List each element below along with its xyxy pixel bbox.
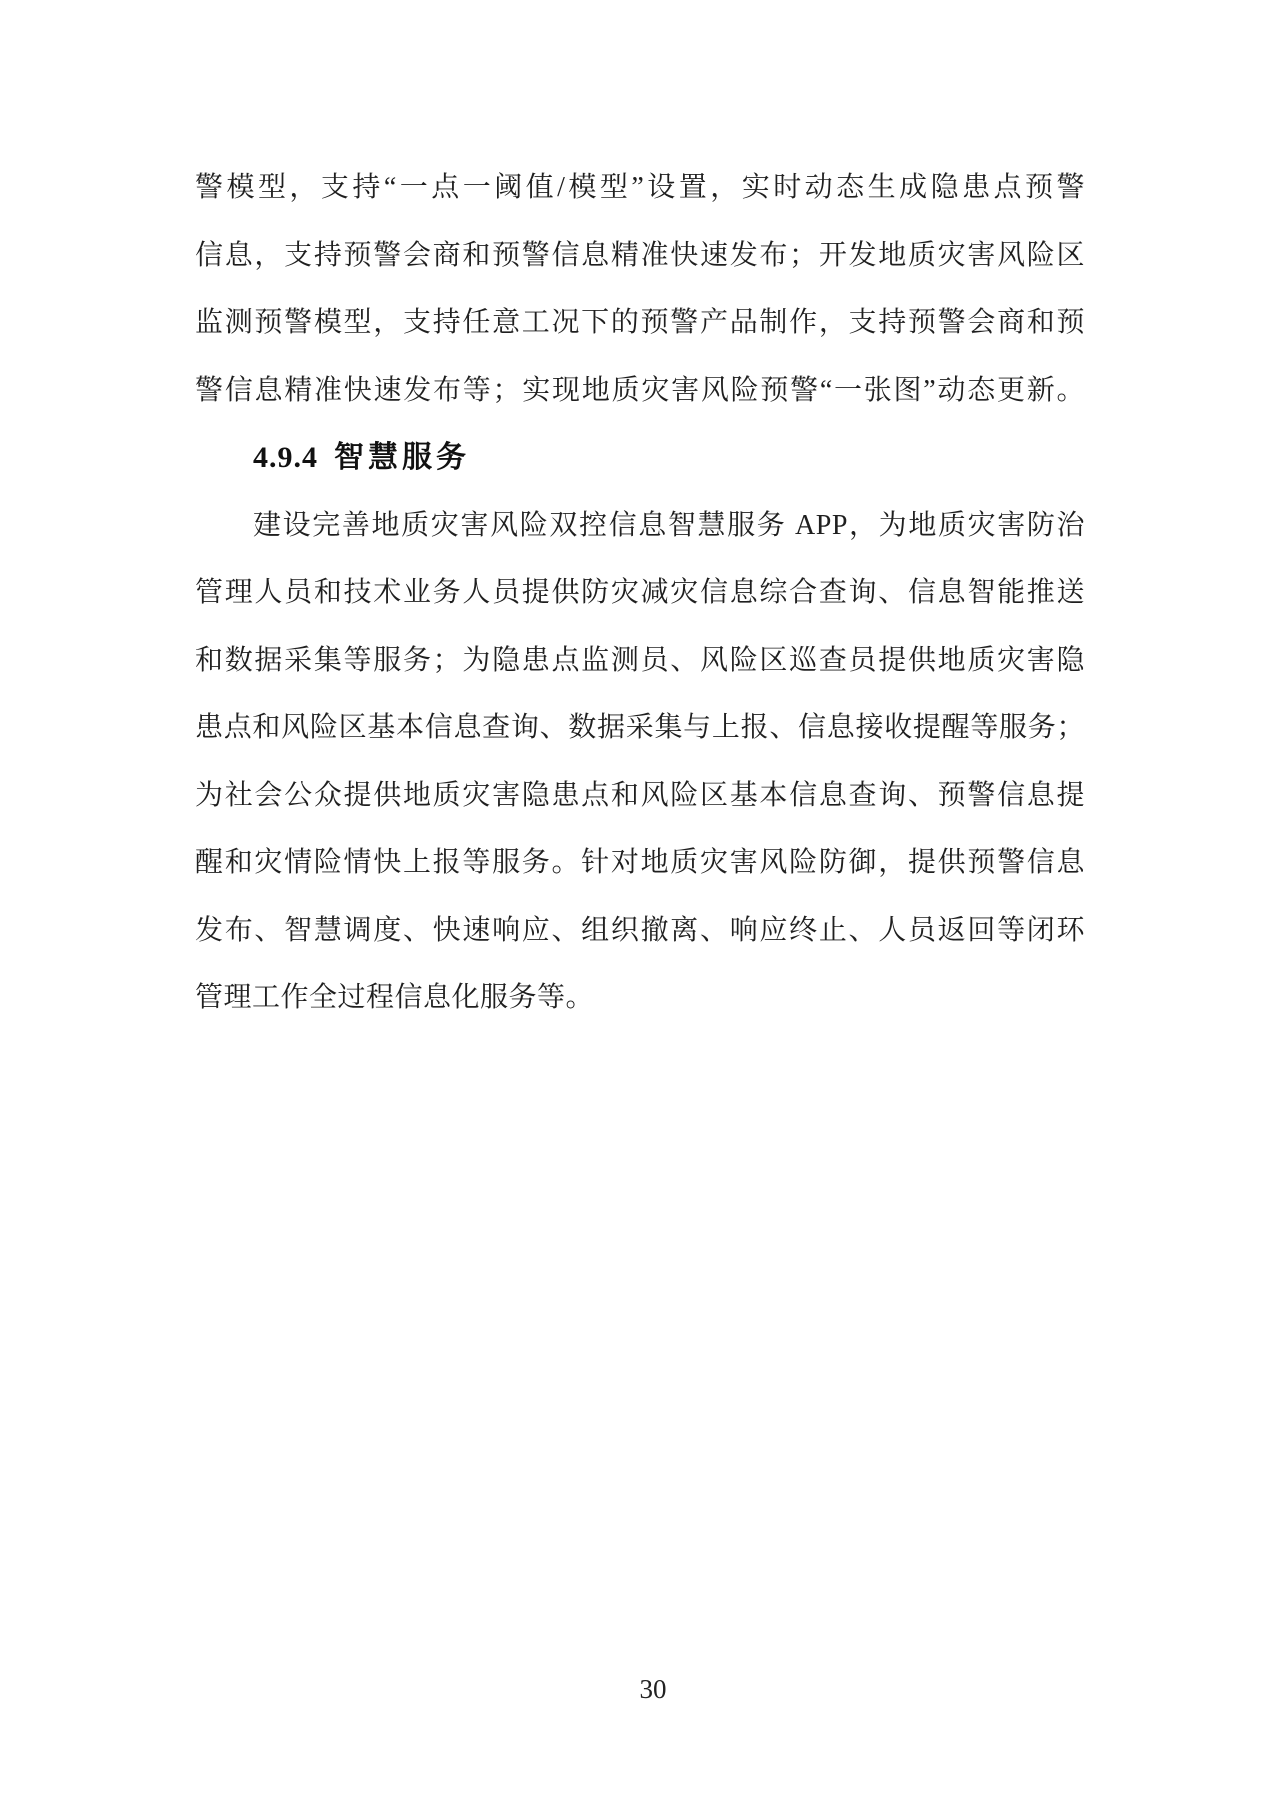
text-line: 监测预警模型，支持任意工况下的预警产品制作，支持预警会商和预 <box>195 289 1085 357</box>
text-line: 患点和风险区基本信息查询、数据采集与上报、信息接收提醒等服务； <box>195 694 1085 762</box>
text-line: 信息，支持预警会商和预警信息精准快速发布；开发地质灾害风险区 <box>195 222 1085 290</box>
paragraph-2: 建设完善地质灾害风险双控信息智慧服务 APP，为地质灾害防治 管理人员和技术业务… <box>195 492 1085 1032</box>
section-heading-title: 智慧服务 <box>334 441 470 474</box>
document-page: 警模型，支持“一点一阈值/模型”设置，实时动态生成隐患点预警 信息，支持预警会商… <box>0 0 1280 1810</box>
text-line: 建设完善地质灾害风险双控信息智慧服务 APP，为地质灾害防治 <box>195 492 1085 560</box>
text-line: 警信息精准快速发布等；实现地质灾害风险预警“一张图”动态更新。 <box>195 357 1085 425</box>
page-number: 30 <box>640 1672 667 1706</box>
text-line: 管理工作全过程信息化服务等。 <box>195 964 1085 1032</box>
text-line: 发布、智慧调度、快速响应、组织撤离、响应终止、人员返回等闭环 <box>195 897 1085 965</box>
text-line: 为社会公众提供地质灾害隐患点和风险区基本信息查询、预警信息提 <box>195 762 1085 830</box>
text-line: 警模型，支持“一点一阈值/模型”设置，实时动态生成隐患点预警 <box>195 154 1085 222</box>
section-heading-number: 4.9.4 <box>253 441 318 474</box>
text-line: 醒和灾情险情快上报等服务。针对地质灾害风险防御，提供预警信息 <box>195 829 1085 897</box>
text-line: 和数据采集等服务；为隐患点监测员、风险区巡查员提供地质灾害隐 <box>195 627 1085 695</box>
text-line: 管理人员和技术业务人员提供防灾减灾信息综合查询、信息智能推送 <box>195 559 1085 627</box>
text-body: 警模型，支持“一点一阈值/模型”设置，实时动态生成隐患点预警 信息，支持预警会商… <box>195 154 1085 1032</box>
paragraph-1: 警模型，支持“一点一阈值/模型”设置，实时动态生成隐患点预警 信息，支持预警会商… <box>195 154 1085 424</box>
section-heading: 4.9.4智慧服务 <box>195 424 1085 492</box>
